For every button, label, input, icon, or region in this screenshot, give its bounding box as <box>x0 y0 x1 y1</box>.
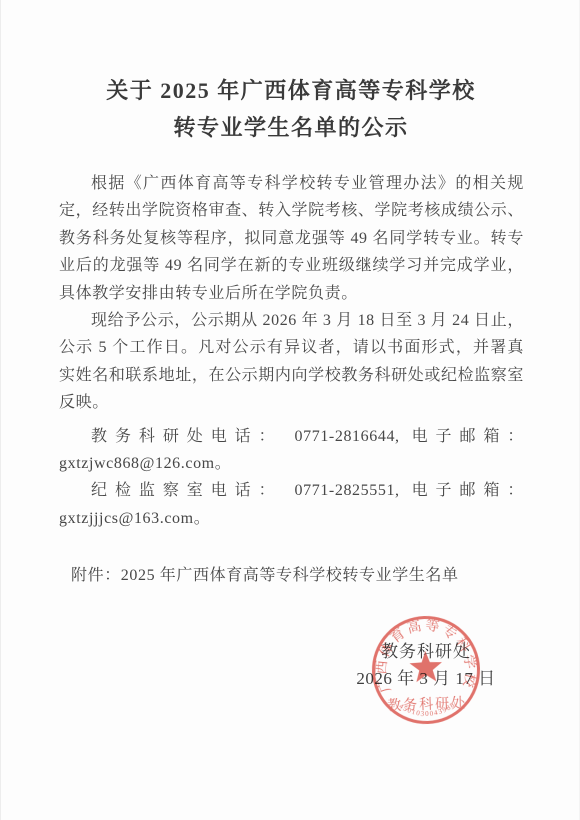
signature-department: 教务科研处 <box>331 638 521 665</box>
signature-block: 教务科研处 2026 年 3 月 17 日 <box>331 638 521 692</box>
document-page: 关于 2025 年广西体育高等专科学校 转专业学生名单的公示 根据《广西体育高等… <box>0 0 580 820</box>
signature-date: 2026 年 3 月 17 日 <box>331 665 521 692</box>
paragraph-approval-basis: 根据《广西体育高等专科学校转专业管理办法》的相关规定，经转出学院资格审查、转入学… <box>59 170 524 307</box>
paragraph-contact-discipline-office: 纪检监察室电话： 0771-2825551, 电子邮箱： gxtzjjjcs@1… <box>59 477 524 532</box>
seal-inner-text: 教务科研处 <box>387 695 468 715</box>
title-line-1: 关于 2025 年广西体育高等专科学校 <box>59 72 523 109</box>
attachment-line: 附件：2025 年广西体育高等专科学校转专业学生名单 <box>59 562 524 589</box>
seal-code-text: 4501030043988 <box>397 700 457 719</box>
paragraph-publicity-period: 现给予公示，公示期从 2026 年 3 月 18 日至 3 月 24 日止，公示… <box>59 307 524 417</box>
title-line-2: 转专业学生名单的公示 <box>59 109 523 146</box>
paragraph-contact-academic-office: 教务科研处电话： 0771-2816644, 电子邮箱： gxtzjwc868@… <box>59 423 524 478</box>
document-title: 关于 2025 年广西体育高等专科学校 转专业学生名单的公示 <box>59 72 523 146</box>
document-body: 根据《广西体育高等专科学校转专业管理办法》的相关规定，经转出学院资格审查、转入学… <box>59 170 524 590</box>
